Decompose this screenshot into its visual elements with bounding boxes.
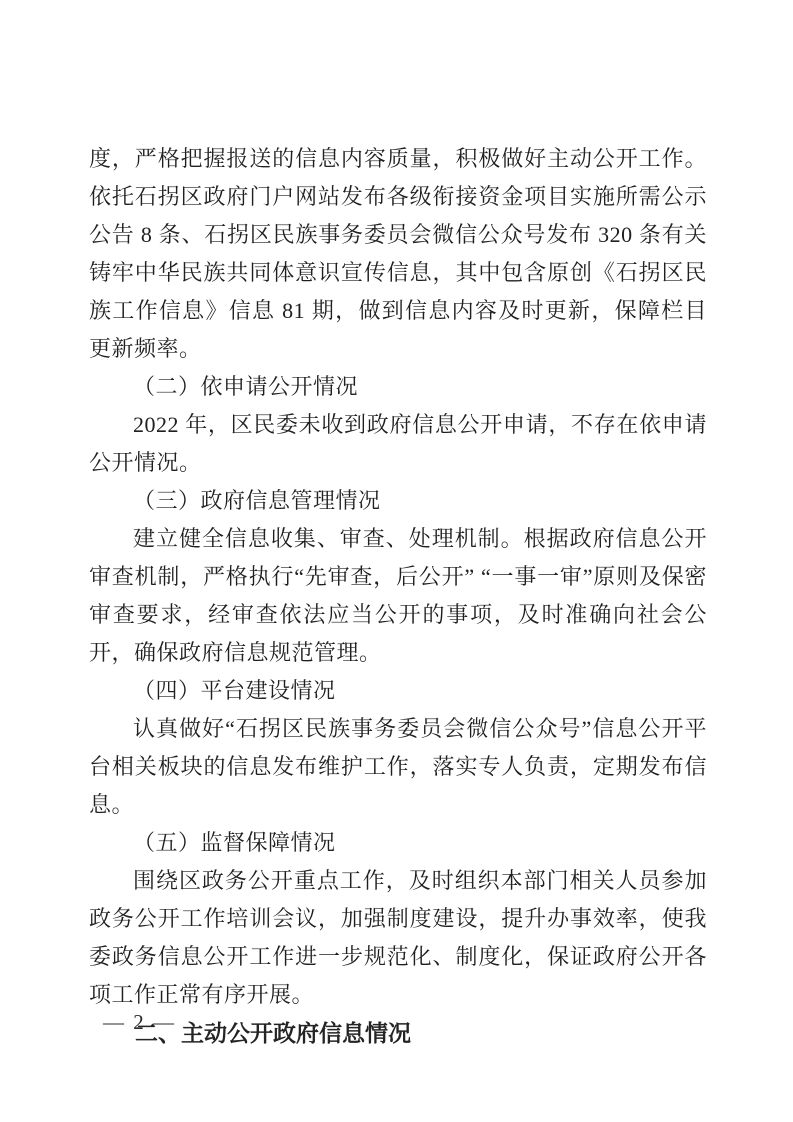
page-number: — 2 — (103, 1003, 176, 1041)
section-heading-iv-pingtai: （四）平台建设情况 (89, 672, 707, 710)
paragraph-jiandu-body: 围绕区政务公开重点工作，及时组织本部门相关人员参加政务公开工作培训会议，加强制度… (89, 862, 707, 1014)
paragraph-guanli-body: 建立健全信息收集、审查、处理机制。根据政府信息公开审查机制，严格执行“先审查，后… (89, 520, 707, 672)
paragraph-continuation: 度，严格把握报送的信息内容质量，积极做好主动公开工作。依托石拐区政府门户网站发布… (89, 140, 707, 368)
document-body: 度，严格把握报送的信息内容质量，积极做好主动公开工作。依托石拐区政府门户网站发布… (89, 140, 707, 1052)
paragraph-yishenqing-body: 2022 年，区民委未收到政府信息公开申请，不存在依申请公开情况。 (89, 406, 707, 482)
paragraph-pingtai-body: 认真做好“石拐区民族事务委员会微信公众号”信息公开平台相关板块的信息发布维护工作… (89, 710, 707, 824)
section-heading-v-jiandu: （五）监督保障情况 (89, 824, 707, 862)
document-page: 度，严格把握报送的信息内容质量，积极做好主动公开工作。依托石拐区政府门户网站发布… (0, 0, 793, 1122)
section-heading-iii-guanli: （三）政府信息管理情况 (89, 482, 707, 520)
section-heading-ii-yishenqing: （二）依申请公开情况 (89, 368, 707, 406)
major-heading-zhudong-gongkai: 二、主动公开政府信息情况 (89, 1014, 707, 1052)
